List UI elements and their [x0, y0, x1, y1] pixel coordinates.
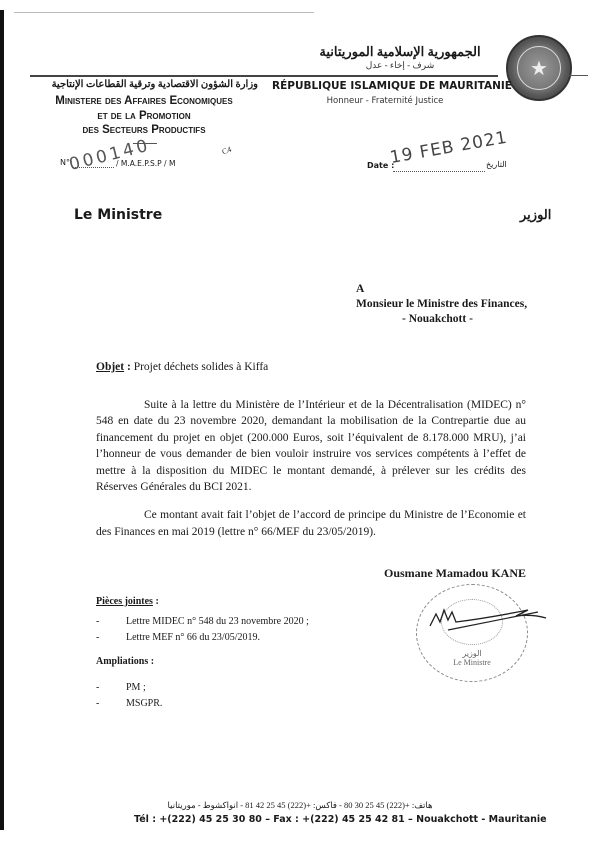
list-item: -PM ;	[96, 680, 162, 696]
stamp-text-fr: Le Ministre	[453, 658, 491, 667]
handwritten-signature-icon	[428, 604, 548, 634]
republic-title-fr: RÉPUBLIQUE ISLAMIQUE DE MAURITANIE	[272, 80, 498, 92]
republic-motto-fr: Honneur - Fraternité Justice	[272, 96, 498, 106]
attachments-list: -Lettre MIDEC n° 548 du 23 novembre 2020…	[96, 614, 309, 646]
bullet: -	[96, 614, 126, 630]
subject-line: Objet : Projet déchets solides à Kiffa	[96, 361, 268, 373]
footer-contact-ar: هاتف: +(222) 45 25 30 80 - فاكس: +(222) …	[100, 800, 500, 811]
date-label-ar: التاريخ	[486, 160, 507, 169]
attachments-title: Pièces jointes :	[96, 596, 159, 607]
handwritten-mark: C4	[221, 145, 233, 157]
ministry-line: et de la Promotion	[30, 109, 258, 124]
republic-motto-ar: شرف - إخاء - عدل	[330, 60, 470, 71]
footer-contact-fr: Tél : +(222) 45 25 30 80 – Fax : +(222) …	[134, 814, 547, 825]
bullet: -	[96, 630, 126, 646]
ministry-title-fr: Ministere des Affaires Economiques et de…	[30, 94, 258, 138]
copies-title: Ampliations :	[96, 656, 154, 667]
copies-list: -PM ; -MSGPR.	[96, 680, 162, 712]
list-item: -Lettre MIDEC n° 548 du 23 novembre 2020…	[96, 614, 309, 630]
subject-label: Objet	[96, 361, 124, 373]
ministry-line: Ministere des Affaires Economiques	[30, 94, 258, 109]
header-divider	[30, 75, 498, 77]
bullet: -	[96, 680, 126, 696]
scan-top-line	[14, 12, 314, 13]
body-paragraph: Ce montant avait fait l’objet de l’accor…	[96, 507, 526, 540]
bullet: -	[96, 696, 126, 712]
recipient-address: A Monsieur le Ministre des Finances, - N…	[356, 282, 527, 327]
star-icon: ★	[517, 46, 561, 90]
recipient-name: Monsieur le Ministre des Finances,	[356, 297, 527, 312]
republic-title-ar: الجمهورية الإسلامية الموريتانية	[292, 44, 508, 60]
reference-number-stamp: 000140	[67, 136, 152, 175]
signatory-name: Ousmane Mamadou KANE	[384, 566, 526, 581]
letter-body: Suite à la lettre du Ministère de l’Inté…	[96, 397, 526, 552]
subject-text: Projet déchets solides à Kiffa	[134, 361, 269, 373]
subject-separator: :	[124, 361, 134, 373]
scan-edge	[0, 10, 4, 830]
attachments-suffix: :	[153, 596, 159, 607]
list-item: -MSGPR.	[96, 696, 162, 712]
body-paragraph: Suite à la lettre du Ministère de l’Inté…	[96, 397, 526, 495]
sender-title-ar: الوزير	[520, 207, 551, 223]
sender-title-fr: Le Ministre	[74, 207, 162, 223]
recipient-city: - Nouakchott -	[356, 312, 527, 327]
ministry-title-ar: وزارة الشؤون الاقتصادية وترقية القطاعات …	[30, 79, 258, 90]
list-item: -Lettre MEF n° 66 du 23/05/2019.	[96, 630, 309, 646]
national-seal-icon: ★	[506, 35, 572, 101]
reference-suffix: / M.A.E.P.S.P / M	[116, 159, 175, 168]
recipient-prefix: A	[356, 282, 527, 297]
date-line	[393, 171, 485, 172]
header-divider-right	[568, 75, 588, 76]
stamp-text-ar: الوزير	[462, 649, 481, 658]
attachments-label: Pièces jointes	[96, 596, 153, 607]
